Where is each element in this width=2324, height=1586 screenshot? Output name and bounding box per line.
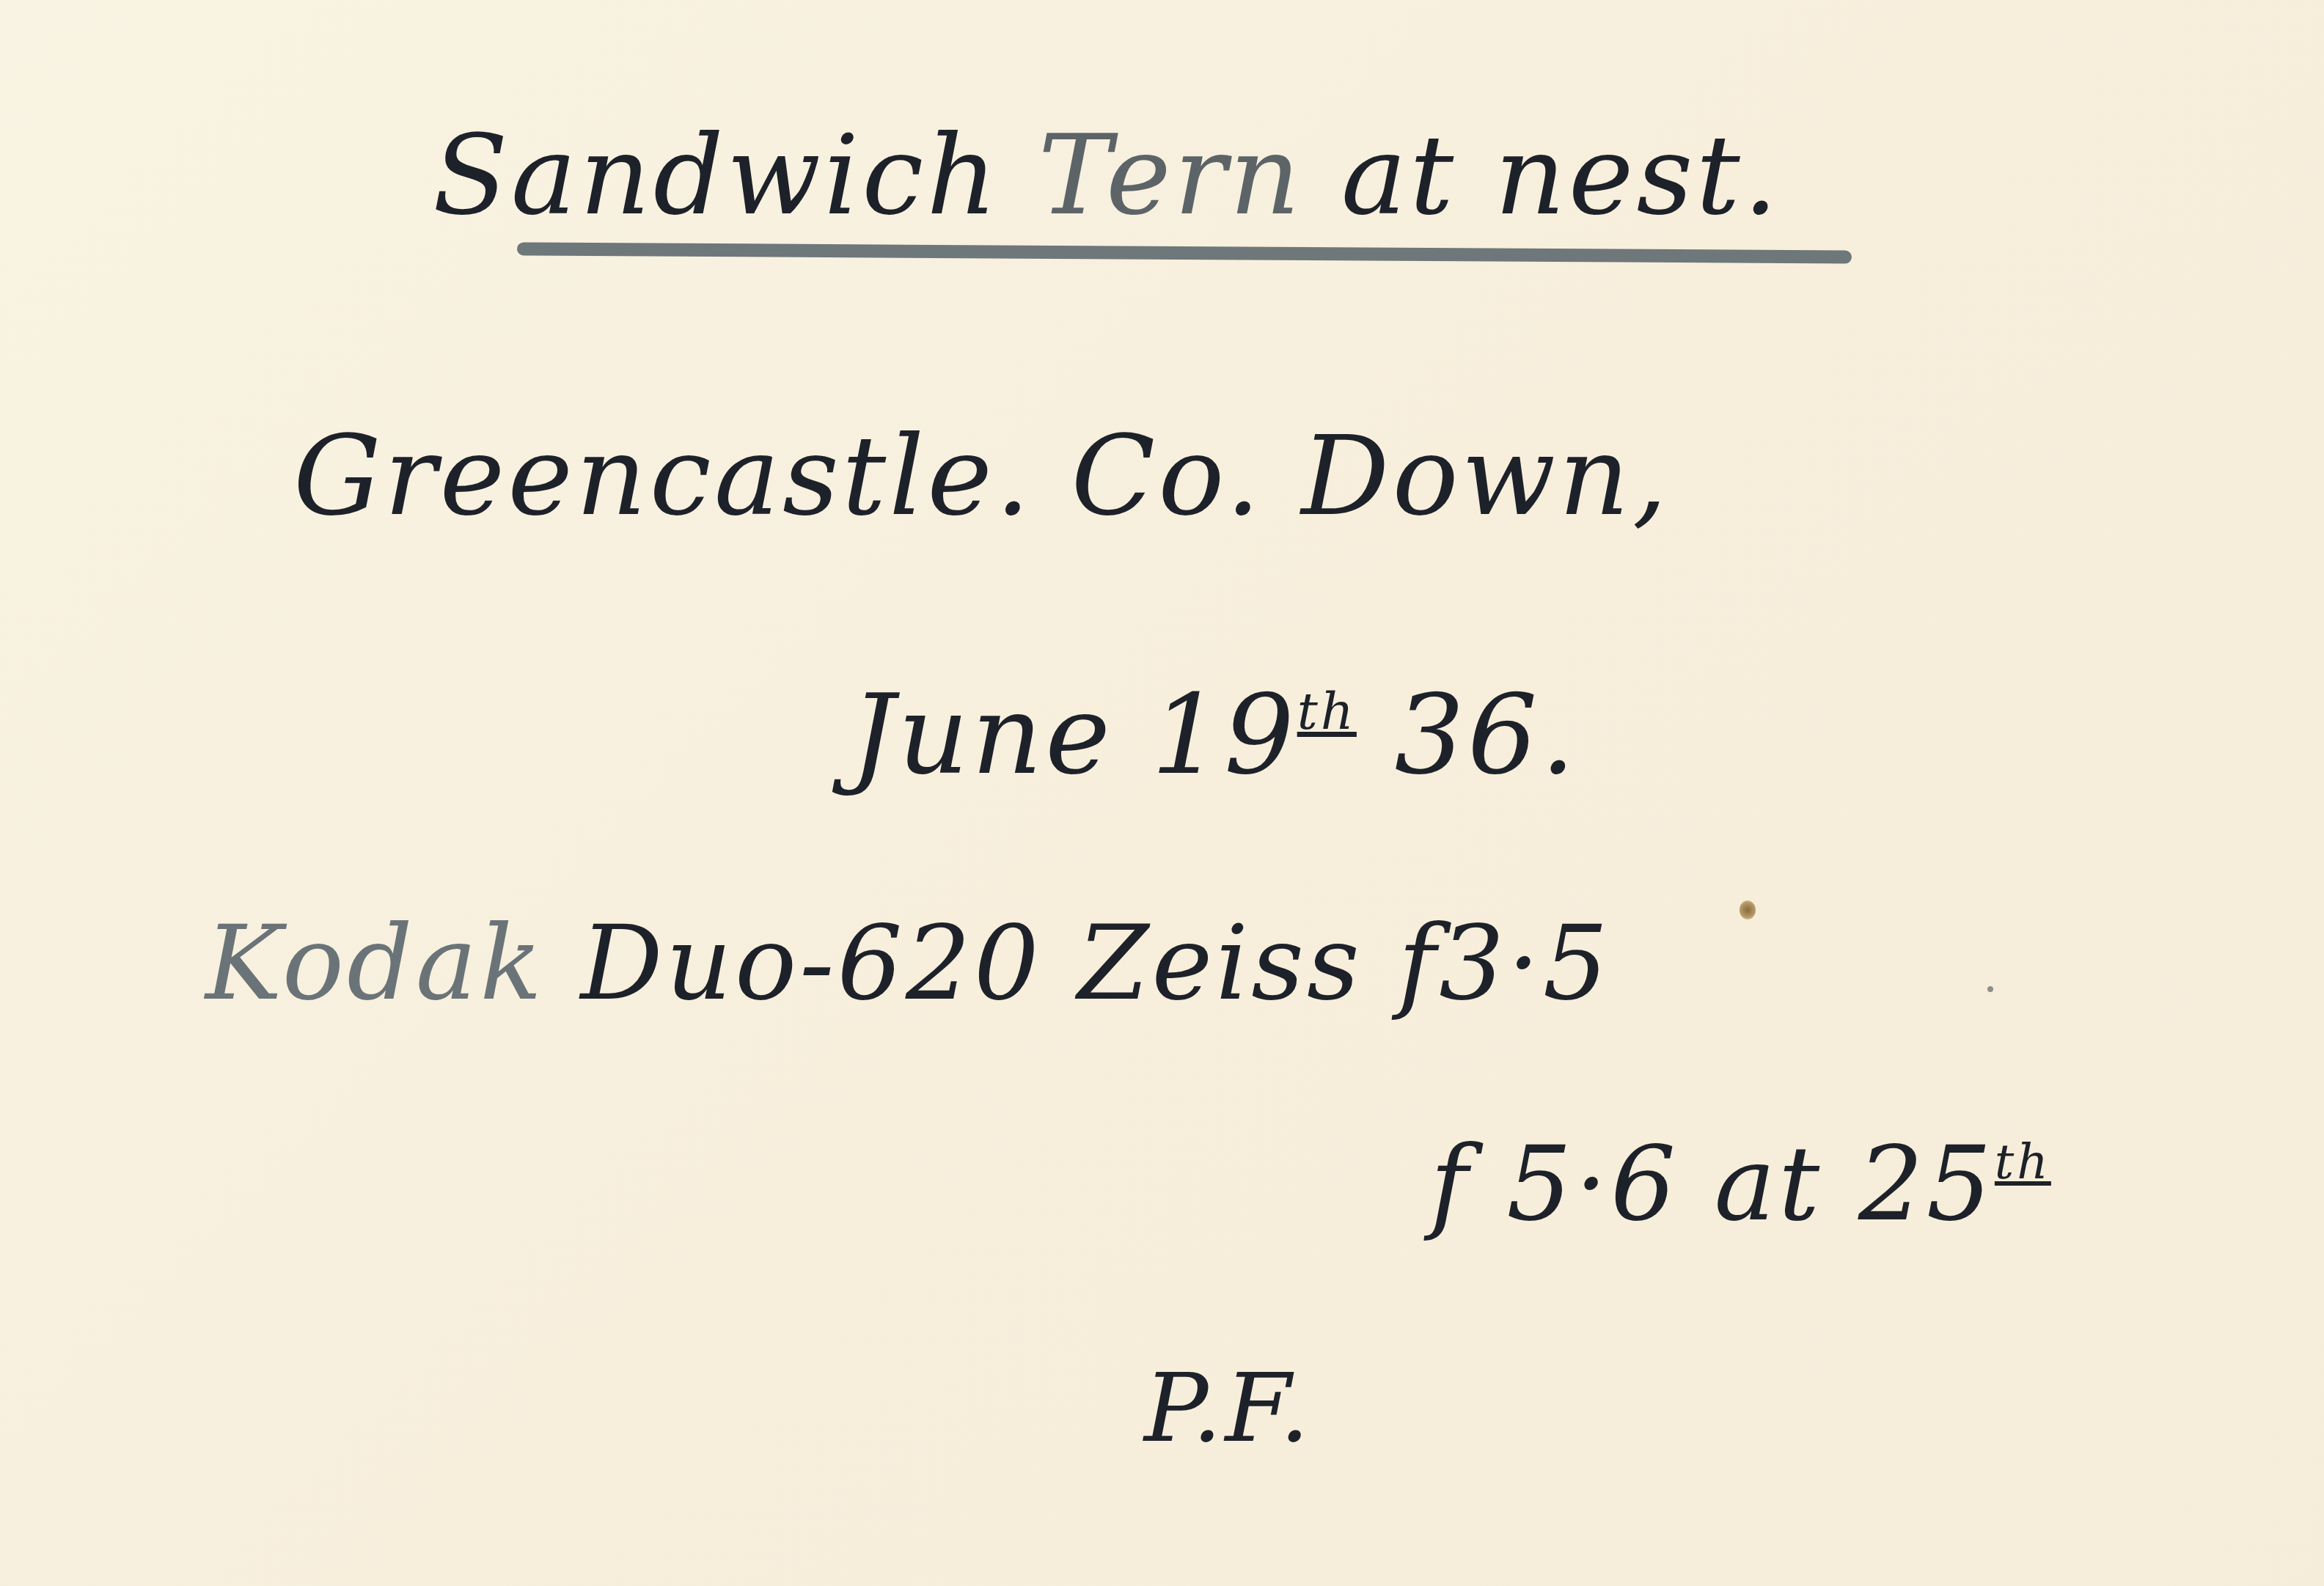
title-part-3: at nest. <box>1303 112 1781 240</box>
exposure-text: f 5·6 at 25 <box>1430 1125 1995 1244</box>
title-part-2: Tern <box>1038 112 1302 240</box>
date-text: June 19 <box>851 672 1297 799</box>
location-line: Greencastle. Co. Down, <box>293 411 1671 543</box>
date-line: June 19th 36. <box>851 645 1578 801</box>
caption-title: Sandwich Tern at nest. <box>433 110 1781 242</box>
exposure-suffix: th <box>1995 1134 2051 1190</box>
camera-brand: Kodak <box>205 904 545 1024</box>
camera-model: Duo-620 Zeiss f3·5 <box>545 904 1611 1024</box>
camera-line: Kodak Duo-620 Zeiss f3·5 <box>205 902 1611 1027</box>
ink-stain <box>1740 900 1756 919</box>
caption-card: Sandwich Tern at nest. Greencastle. Co. … <box>0 0 2324 1586</box>
title-underline <box>517 242 1852 263</box>
title-part-1: Sandwich <box>433 112 1038 240</box>
signature-initials: P.F. <box>1144 1349 1313 1466</box>
exposure-line: f 5·6 at 25th <box>1430 1100 2051 1247</box>
ink-dot <box>1987 986 1993 992</box>
date-suffix: th <box>1297 681 1357 741</box>
date-year: 36. <box>1357 672 1578 799</box>
